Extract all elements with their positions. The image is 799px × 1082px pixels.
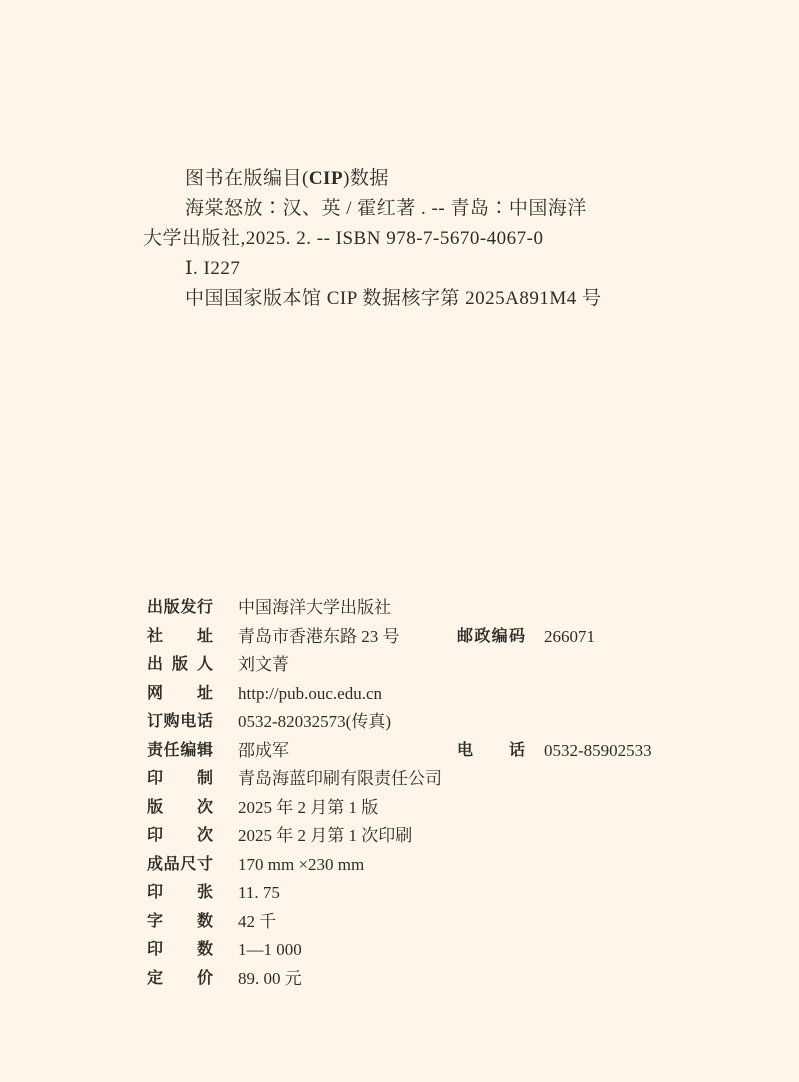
- row-label: 版次: [147, 794, 213, 823]
- colophon-row-sheets: 印张 11. 75: [0, 879, 799, 908]
- row-value: 中国海洋大学出版社: [238, 594, 391, 623]
- colophon-block: 出版发行 中国海洋大学出版社 社址 青岛市香港东路 23 号 邮政编码 2660…: [0, 594, 799, 993]
- row-value: 1—1 000: [238, 936, 302, 965]
- colophon-row-edition: 版次 2025 年 2 月第 1 版: [0, 794, 799, 823]
- cip-publisher-isbn-line: 大学出版社,2025. 2. -- ISBN 978-7-5670-4067-0: [143, 224, 703, 254]
- row-value: 11. 75: [238, 879, 280, 908]
- cip-heading-acronym: CIP: [309, 168, 343, 189]
- cip-data-block: 图书在版编目(CIP)数据 海棠怒放∶汉、英 / 霍红著 . -- 青岛∶中国海…: [143, 164, 703, 314]
- row-value: 89. 00 元: [238, 965, 302, 994]
- row-value: 42 千: [238, 908, 276, 937]
- row-value-postcode: 266071: [544, 623, 595, 652]
- colophon-row-order-phone: 订购电话 0532-82032573(传真): [0, 708, 799, 737]
- cip-heading-prefix: 图书在版编目(: [185, 168, 309, 189]
- cip-classification-line: Ⅰ. I227: [143, 254, 703, 284]
- row-value: 2025 年 2 月第 1 版: [238, 794, 378, 823]
- row-value: 0532-82032573(传真): [238, 708, 391, 737]
- row-label: 社址: [147, 623, 213, 652]
- row-value-url: http://pub.ouc.edu.cn: [238, 680, 382, 709]
- row-label: 成品尺寸: [147, 851, 213, 880]
- row-label: 字数: [147, 908, 213, 937]
- colophon-row-publisher: 出版发行 中国海洋大学出版社: [0, 594, 799, 623]
- colophon-row-editor: 责任编辑 邵成军 电话 0532-85902533: [0, 737, 799, 766]
- row-label: 印张: [147, 879, 213, 908]
- row-value: 青岛市香港东路 23 号: [238, 623, 400, 652]
- colophon-row-print-run: 印数 1—1 000: [0, 936, 799, 965]
- row-label: 出版人: [147, 651, 213, 680]
- row-value: 2025 年 2 月第 1 次印刷: [238, 822, 412, 851]
- colophon-row-printer: 印制 青岛海蓝印刷有限责任公司: [0, 765, 799, 794]
- cip-heading-suffix: )数据: [343, 168, 389, 189]
- row-label-phone: 电话: [457, 737, 525, 766]
- row-label: 印次: [147, 822, 213, 851]
- row-label: 责任编辑: [147, 737, 213, 766]
- row-label-postcode: 邮政编码: [457, 623, 525, 652]
- row-label: 印制: [147, 765, 213, 794]
- colophon-row-address: 社址 青岛市香港东路 23 号 邮政编码 266071: [0, 623, 799, 652]
- colophon-row-price: 定价 89. 00 元: [0, 965, 799, 994]
- colophon-row-impression: 印次 2025 年 2 月第 1 次印刷: [0, 822, 799, 851]
- cip-record-number-line: 中国国家版本馆 CIP 数据核字第 2025A891M4 号: [143, 284, 703, 314]
- row-value: 刘文菁: [238, 651, 289, 680]
- row-value: 邵成军: [238, 737, 289, 766]
- cip-title-author-line: 海棠怒放∶汉、英 / 霍红著 . -- 青岛∶中国海洋: [143, 194, 703, 224]
- row-label: 订购电话: [147, 708, 213, 737]
- colophon-row-publisher-person: 出版人 刘文菁: [0, 651, 799, 680]
- row-label: 印数: [147, 936, 213, 965]
- row-value: 青岛海蓝印刷有限责任公司: [238, 765, 442, 794]
- colophon-row-trim-size: 成品尺寸 170 mm ×230 mm: [0, 851, 799, 880]
- book-copyright-page: { "page": { "background_color": "#fff6e9…: [0, 0, 799, 1082]
- cip-heading: 图书在版编目(CIP)数据: [143, 164, 703, 194]
- row-label: 定价: [147, 965, 213, 994]
- colophon-row-word-count: 字数 42 千: [0, 908, 799, 937]
- row-label: 网址: [147, 680, 213, 709]
- row-value-phone: 0532-85902533: [544, 737, 652, 766]
- colophon-row-website: 网址 http://pub.ouc.edu.cn: [0, 680, 799, 709]
- row-label: 出版发行: [147, 594, 213, 623]
- row-value: 170 mm ×230 mm: [238, 851, 364, 880]
